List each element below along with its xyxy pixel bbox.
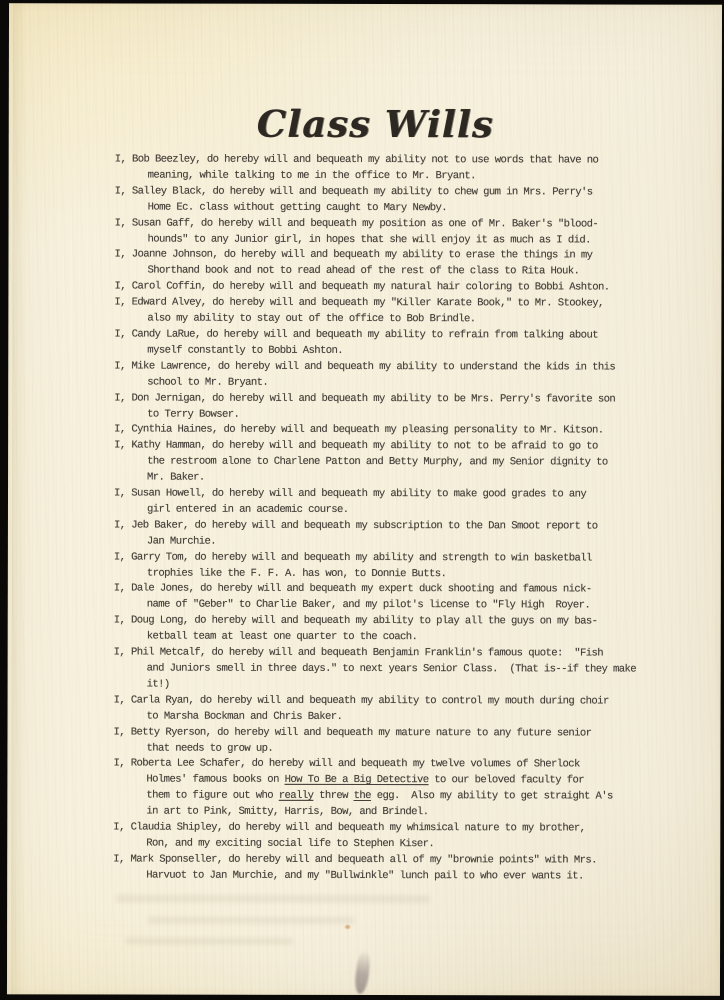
entry-line: meaning, while talking to me in the offi… [115,168,621,185]
entry-line: I, Claudia Shipley, do hereby will and b… [113,821,619,838]
entry-line: it!) [114,677,620,694]
entry-line: also my ability to stay out of the offic… [114,312,620,329]
entry-line: I, Mark Sponseller, do hereby will and b… [113,852,619,869]
entry-line: I, Jeb Baker, do hereby will and bequeat… [114,518,620,535]
entry-line: and Juniors smell in three days." to nex… [114,661,620,678]
will-entry: I, Jeb Baker, do hereby will and bequeat… [114,518,620,551]
entry-line: myself constantly to Bobbi Ashton. [114,343,620,360]
will-entry: I, Joanne Johnson, do hereby will and be… [114,248,620,281]
entry-line: I, Carla Ryan, do hereby will and bequea… [114,693,620,710]
will-entry: I, Cynthia Haines, do hereby will and be… [114,423,620,440]
entry-line: Shorthand book and not to read ahead of … [114,264,620,281]
will-entry: I, Carla Ryan, do hereby will and bequea… [114,693,620,726]
entry-line: girl entered in an academic course. [114,502,620,519]
entry-line: I, Dale Jones, do hereby will and bequea… [114,582,620,599]
will-entry: I, Carol Coffin, do hereby will and bequ… [114,280,620,297]
entry-line: ketball team at least one quarter to the… [114,630,620,647]
entry-line: Mr. Baker. [114,471,620,488]
entry-line: I, Don Jernigan, do hereby will and bequ… [114,391,620,408]
paper-fold-shadow [11,3,27,994]
will-entry: I, Garry Tom, do hereby will and bequeat… [114,550,620,583]
will-entry: I, Phil Metcalf, do hereby will and bequ… [114,646,620,695]
entry-line: I, Garry Tom, do hereby will and bequeat… [114,550,620,567]
entry-line: Ron, and my exciting social life to Step… [113,836,619,853]
stain-speck [345,925,350,929]
wills-list: I, Bob Beezley, do hereby will and beque… [113,152,621,885]
scanned-page: Class Wills I, Bob Beezley, do hereby wi… [0,0,724,1000]
entry-line: I, Joanne Johnson, do hereby will and be… [114,248,620,265]
will-entry: I, Bob Beezley, do hereby will and beque… [115,152,621,185]
will-entry: I, Claudia Shipley, do hereby will and b… [113,821,619,854]
entry-line: in art to Pink, Smitty, Harris, Bow, and… [113,805,619,822]
entry-line: I, Candy LaRue, do hereby will and beque… [114,327,620,344]
will-entry: I, Doug Long, do hereby will and bequeat… [114,614,620,647]
will-entry: I, Dale Jones, do hereby will and bequea… [114,582,620,615]
will-entry: I, Susan Gaff, do hereby will and bequea… [115,216,621,249]
entry-line: Jan Murchie. [114,534,620,551]
paper: Class Wills I, Bob Beezley, do hereby wi… [7,3,722,995]
will-entry: I, Kathy Hamman, do hereby will and bequ… [114,439,620,488]
will-entry: I, Don Jernigan, do hereby will and bequ… [114,391,620,424]
entry-line: hounds" to any Junior girl, in hopes tha… [115,232,621,249]
entry-line: I, Phil Metcalf, do hereby will and bequ… [114,646,620,663]
entry-line: Home Ec. class without getting caught to… [115,200,621,217]
will-entry: I, Mike Lawrence, do hereby will and beq… [114,359,620,392]
page-title: Class Wills [19,3,724,146]
entry-line: I, Cynthia Haines, do hereby will and be… [114,423,620,440]
entry-line: I, Bob Beezley, do hereby will and beque… [115,152,621,169]
entry-line: trophies like the F. F. A. has won, to D… [114,566,620,583]
entry-line: Harvuot to Jan Murchie, and my "Bullwink… [113,868,619,885]
ghost-text-artifact [147,917,355,924]
entry-line: to Terry Bowser. [114,407,620,424]
entry-line: name of "Geber" to Charlie Baker, and my… [114,598,620,615]
entry-line: I, Roberta Lee Schafer, do hereby will a… [113,757,619,774]
entry-line: I, Susan Gaff, do hereby will and bequea… [115,216,621,233]
will-entry: I, Candy LaRue, do hereby will and beque… [114,327,620,360]
entry-line: I, Carol Coffin, do hereby will and bequ… [114,280,620,297]
entry-line: that needs to grow up. [113,741,619,758]
will-entry: I, Mark Sponseller, do hereby will and b… [113,852,619,885]
entry-line: them to figure out who really threw the … [113,789,619,806]
will-entry: I, Betty Ryerson, do hereby will and beq… [113,725,619,758]
entry-line: I, Doug Long, do hereby will and bequeat… [114,614,620,631]
will-entry: I, Salley Black, do hereby will and bequ… [115,184,621,217]
will-entry: I, Edward Alvey, do hereby will and bequ… [114,296,620,329]
smudge-mark [353,949,371,994]
entry-line: Holmes' famous books on How To Be a Big … [113,773,619,790]
will-entry: I, Susan Howell, do hereby will and bequ… [114,487,620,520]
entry-line: I, Betty Ryerson, do hereby will and beq… [113,725,619,742]
entry-line: school to Mr. Bryant. [114,375,620,392]
will-entry: I, Roberta Lee Schafer, do hereby will a… [113,757,619,822]
entry-line: to Marsha Bockman and Chris Baker. [114,709,620,726]
entry-line: I, Susan Howell, do hereby will and bequ… [114,487,620,504]
entry-line: I, Edward Alvey, do hereby will and bequ… [114,296,620,313]
ghost-text-artifact [125,937,293,944]
entry-line: I, Mike Lawrence, do hereby will and beq… [114,359,620,376]
ghost-text-artifact [115,894,430,903]
entry-line: I, Kathy Hamman, do hereby will and bequ… [114,439,620,456]
entry-line: the restroom alone to Charlene Patton an… [114,455,620,472]
entry-line: I, Salley Black, do hereby will and bequ… [115,184,621,201]
